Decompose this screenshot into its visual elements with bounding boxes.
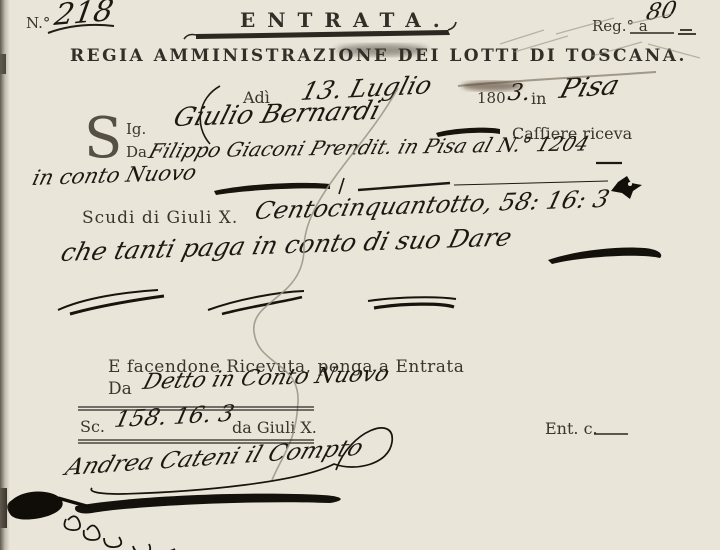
- receipt-document: N.° 218 ENTRATA. Reg.° a 80 REGIA AMMINI…: [0, 0, 720, 550]
- cashier-g-flourish: [200, 86, 220, 144]
- flourish-dashes: [58, 290, 456, 314]
- clause-dash: [548, 248, 661, 264]
- cashier-dash: [436, 128, 500, 137]
- account-end-blob: [611, 176, 642, 199]
- left-ink-blob: [7, 492, 62, 520]
- account-dash-1: [214, 183, 330, 195]
- account-end-blob-hole: [628, 182, 632, 186]
- reg-dashes: [678, 30, 696, 34]
- number-underline-flourish: [48, 25, 114, 33]
- title-rule-squiggle: [184, 35, 196, 40]
- faint-stroke-over-place: [458, 72, 656, 86]
- scan-left-edge: [0, 0, 10, 550]
- left-ink-blob-tail: [58, 498, 90, 507]
- account-dash-3: [454, 181, 608, 185]
- title-rule: [196, 30, 450, 39]
- title-rule-hook: [448, 22, 456, 30]
- ink-and-pencil-overlay: [0, 0, 720, 550]
- account-dash-2: [358, 183, 450, 190]
- account-tick: [339, 178, 344, 194]
- signature-spiral-loops: [64, 516, 175, 550]
- ink-smudge-subtitle: [336, 44, 428, 56]
- signature-heavy-underline: [75, 494, 341, 514]
- pencil-scribbles: [500, 14, 700, 58]
- pencil-curve: [254, 88, 398, 480]
- totals-box-rules: [78, 407, 314, 443]
- signature-loop-flourish: [91, 428, 392, 494]
